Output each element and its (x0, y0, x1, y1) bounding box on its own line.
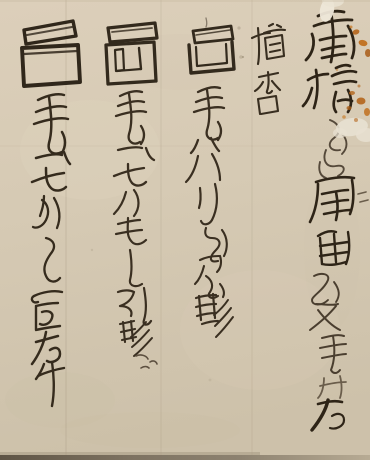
manuscript-photo: 楢檜…み又…た 楢木口 〆代ハリ…気 彫 〆代七匁…し 引彫 〆代七匁…盆…た牛… (0, 0, 370, 460)
manuscript-canvas (0, 0, 370, 460)
